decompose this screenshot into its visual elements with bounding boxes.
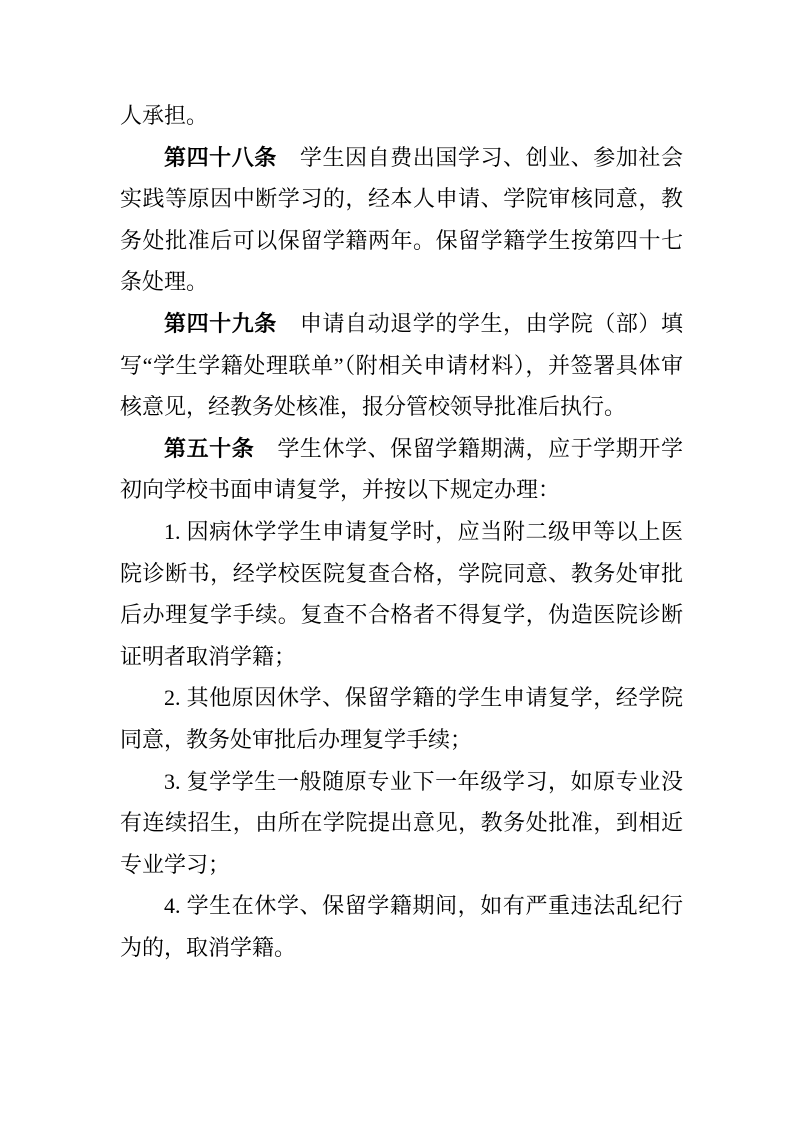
paragraph-text: 3. 复学学生一般随原专业下一年级学习，如原专业没有连续招生，由所在学院提出意见… (120, 769, 683, 877)
article-number-heading: 第四十八条 (164, 145, 277, 170)
article-paragraph: 第四十九条申请自动退学的学生，由学院（部）填写“学生学籍处理联单”（附相关申请材… (120, 303, 683, 428)
numbered-item-paragraph: 2. 其他原因休学、保留学籍的学生申请复学，经学院同意，教务处审批后办理复学手续… (120, 677, 683, 760)
paragraph-text: 2. 其他原因休学、保留学籍的学生申请复学，经学院同意，教务处审批后办理复学手续… (120, 685, 683, 752)
numbered-item-paragraph: 3. 复学学生一般随原专业下一年级学习，如原专业没有连续招生，由所在学院提出意见… (120, 761, 683, 886)
paragraph-text: 1. 因病休学学生申请复学时，应当附二级甲等以上医院诊断书，经学校医院复查合格，… (120, 519, 683, 669)
article-paragraph: 第五十条学生休学、保留学籍期满，应于学期开学初向学校书面申请复学，并按以下规定办… (120, 428, 683, 511)
numbered-item-paragraph: 1. 因病休学学生申请复学时，应当附二级甲等以上医院诊断书，经学校医院复查合格，… (120, 511, 683, 677)
document-text-block: 人承担。第四十八条学生因自费出国学习、创业、参加社会实践等原因中断学习的，经本人… (120, 95, 683, 968)
numbered-item-paragraph: 4. 学生在休学、保留学籍期间，如有严重违法乱纪行为的，取消学籍。 (120, 885, 683, 968)
paragraph-text: 人承担。 (120, 103, 208, 128)
document-page: 人承担。第四十八条学生因自费出国学习、创业、参加社会实践等原因中断学习的，经本人… (0, 0, 794, 1123)
paragraph-text: 4. 学生在休学、保留学籍期间，如有严重违法乱纪行为的，取消学籍。 (120, 893, 683, 960)
article-number-heading: 第五十条 (164, 436, 254, 461)
continuation-paragraph: 人承担。 (120, 95, 683, 137)
article-paragraph: 第四十八条学生因自费出国学习、创业、参加社会实践等原因中断学习的，经本人申请、学… (120, 137, 683, 303)
article-number-heading: 第四十九条 (164, 311, 277, 336)
